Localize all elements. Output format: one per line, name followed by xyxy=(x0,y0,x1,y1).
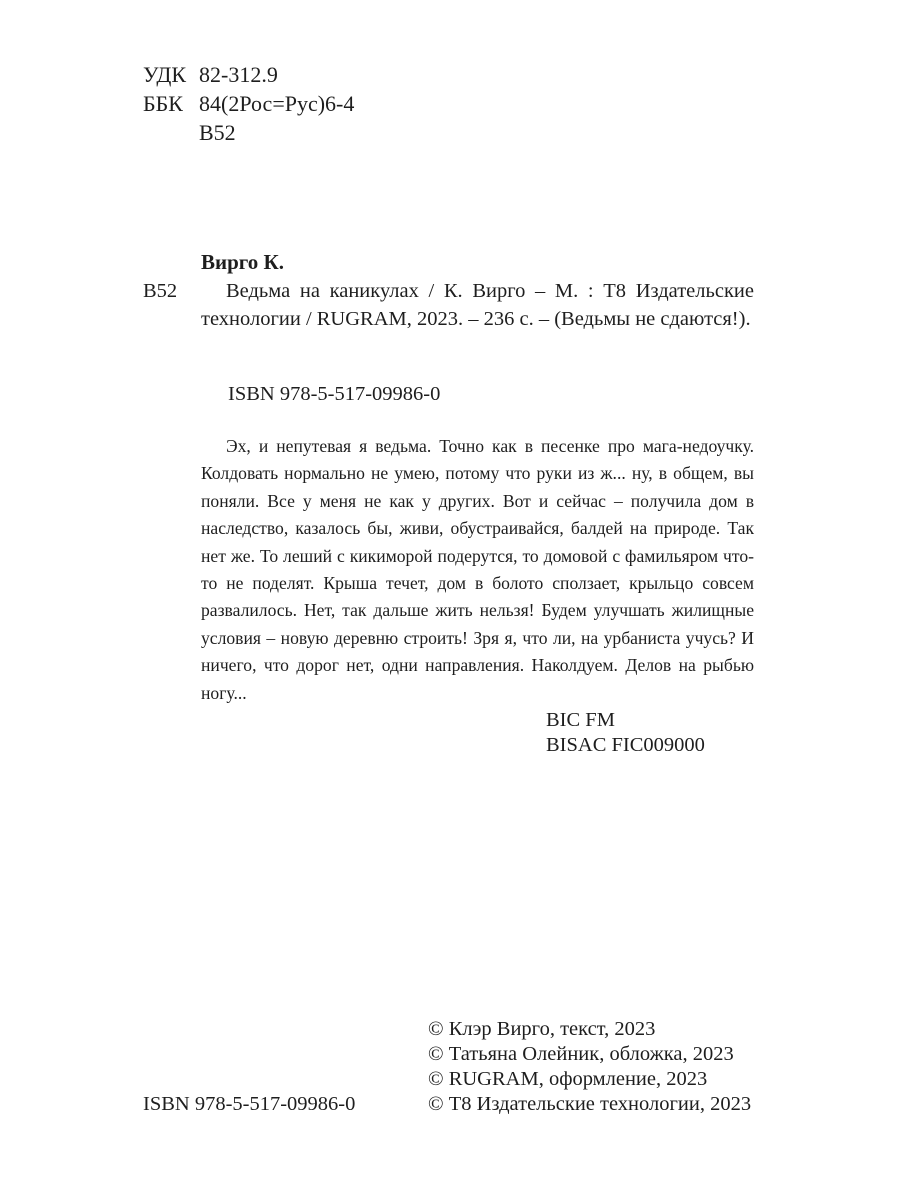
copyright-line: © RUGRAM, оформление, 2023 xyxy=(428,1067,751,1092)
bibliographic-description: Ведьма на каникулах / К. Вирго – М. : Т8… xyxy=(201,278,754,333)
author-mark: В52 xyxy=(199,118,236,147)
udk-value: 82-312.9 xyxy=(199,60,278,89)
udk-label: УДК xyxy=(143,60,199,89)
copyright-list: © Клэр Вирго, текст, 2023 © Татьяна Олей… xyxy=(428,1017,751,1117)
subject-codes: BIC FM BISAC FIC009000 xyxy=(546,708,705,758)
bbk-row: ББК 84(2Рос=Рус)6-4 xyxy=(143,89,354,118)
annotation-text: Эх, и непутевая я ведьма. Точно как в пе… xyxy=(201,433,754,707)
bisac-code: BISAC FIC009000 xyxy=(546,733,705,758)
author-mark-row: В52 xyxy=(143,118,354,147)
author-heading: Вирго К. xyxy=(201,250,284,275)
annotation: Эх, и непутевая я ведьма. Точно как в пе… xyxy=(201,433,754,707)
copyright-line: © Татьяна Олейник, обложка, 2023 xyxy=(428,1042,751,1067)
record-isbn: ISBN 978-5-517-09986-0 xyxy=(228,383,440,406)
bbk-value: 84(2Рос=Рус)6-4 xyxy=(199,89,354,118)
bbk-label: ББК xyxy=(143,89,199,118)
bic-code: BIC FM xyxy=(546,708,705,733)
copyright-line: © Т8 Издательские технологии, 2023 xyxy=(428,1092,751,1117)
classification-block: УДК 82-312.9 ББК 84(2Рос=Рус)6-4 В52 xyxy=(143,60,354,147)
udk-row: УДК 82-312.9 xyxy=(143,60,354,89)
footer-isbn: ISBN 978-5-517-09986-0 xyxy=(143,1092,355,1117)
record-author-mark: В52 xyxy=(143,278,177,306)
copyright-line: © Клэр Вирго, текст, 2023 xyxy=(428,1017,751,1042)
